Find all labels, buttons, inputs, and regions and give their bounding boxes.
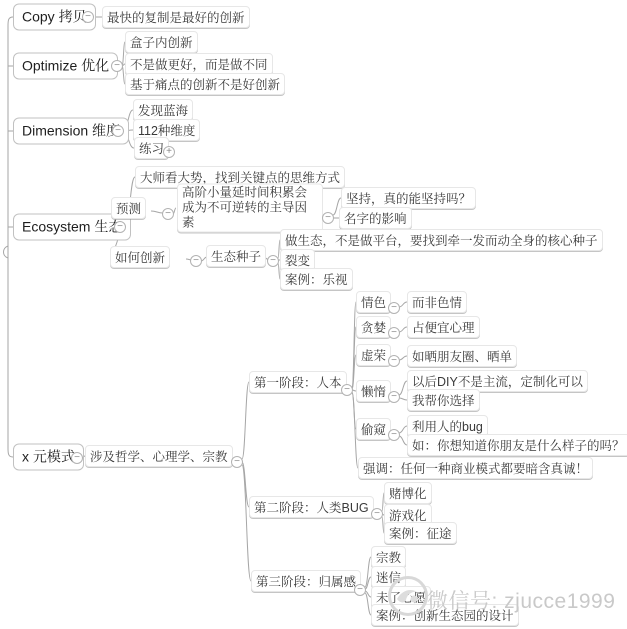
branch-connector: [399, 436, 407, 445]
topic-lust[interactable]: 情色: [356, 291, 391, 313]
topic-emphasize[interactable]: 强调：任何一种商业模式都要暗含真诚！: [358, 457, 593, 479]
collapse-toggle-icon[interactable]: −: [341, 384, 353, 396]
collapse-toggle-icon[interactable]: −: [82, 11, 94, 23]
collapse-toggle-icon[interactable]: −: [231, 456, 243, 468]
topic-lazy-child-2[interactable]: 我帮你选择: [407, 389, 480, 411]
topic-optimize-child-2[interactable]: 不是做更好，而是做不同: [125, 53, 273, 75]
branch-connector: [242, 382, 249, 459]
topic-greed[interactable]: 贪婪: [356, 316, 391, 338]
branch-connector: [399, 327, 407, 332]
expand-toggle-icon[interactable]: +: [163, 146, 175, 158]
topic-dimension-child-1[interactable]: 发现蓝海: [133, 99, 193, 121]
branch-connector: [399, 426, 407, 433]
spine-connector: [4, 246, 9, 258]
topic-peep-child-2[interactable]: 如：你想知道你朋友是什么样子的吗？: [407, 434, 627, 456]
topic-optimize-child-1[interactable]: 盒子内创新: [125, 31, 198, 53]
collapse-toggle-icon[interactable]: −: [111, 60, 123, 72]
topic-seed-child-1[interactable]: 做生态，不是做平台，要找到牵一发而动全身的核心种子: [280, 229, 603, 251]
topic-optimize[interactable]: Optimize 优化: [13, 53, 118, 80]
branch-connector: [242, 465, 251, 581]
collapse-toggle-icon[interactable]: −: [322, 212, 334, 224]
branch-connector: [399, 398, 407, 400]
connector-layer: [0, 0, 627, 629]
topic-name-effect[interactable]: 名字的影响: [339, 207, 412, 229]
collapse-toggle-icon[interactable]: −: [71, 452, 83, 464]
collapse-toggle-icon[interactable]: −: [114, 221, 126, 233]
topic-optimize-child-3[interactable]: 基于痛点的创新不是好创新: [125, 73, 285, 95]
topic-forecast[interactable]: 预测: [111, 197, 146, 219]
topic-vanity-note[interactable]: 如晒朋友圈、晒单: [407, 345, 517, 367]
topic-greed-note[interactable]: 占便宜心理: [407, 316, 480, 338]
topic-seed-child-3[interactable]: 案例：乐视: [280, 268, 353, 290]
topic-stage3-child-1[interactable]: 宗教: [371, 546, 406, 568]
collapse-toggle-icon[interactable]: −: [190, 255, 202, 267]
topic-stage3-child-4[interactable]: 案例：创新生态园的设计: [371, 604, 519, 626]
collapse-toggle-icon[interactable]: −: [388, 355, 400, 367]
topic-how-innovate[interactable]: 如何创新: [110, 246, 170, 268]
topic-copy-note[interactable]: 最快的复制是最好的创新: [102, 6, 250, 28]
collapse-toggle-icon[interactable]: −: [162, 208, 174, 220]
branch-connector: [399, 302, 407, 307]
topic-lazy[interactable]: 懒惰: [356, 380, 391, 402]
collapse-toggle-icon[interactable]: −: [112, 125, 124, 137]
collapse-toggle-icon[interactable]: −: [388, 302, 400, 314]
collapse-toggle-icon[interactable]: −: [354, 584, 366, 596]
collapse-toggle-icon[interactable]: −: [388, 429, 400, 441]
spine-connector: [8, 17, 13, 457]
topic-eco-seed[interactable]: 生态种子: [206, 245, 266, 267]
topic-persist-question[interactable]: 坚持，真的能坚持吗？: [341, 187, 476, 209]
topic-stage3[interactable]: 第三阶段：归属感: [251, 570, 361, 592]
topic-peep[interactable]: 偷窥: [356, 418, 391, 440]
branch-connector: [399, 356, 407, 360]
collapse-toggle-icon[interactable]: −: [267, 255, 279, 267]
collapse-toggle-icon[interactable]: −: [388, 327, 400, 339]
topic-vanity[interactable]: 虚荣: [356, 344, 391, 366]
branch-connector: [399, 381, 407, 395]
topic-stage2-child-3[interactable]: 案例：征途: [384, 522, 457, 544]
topic-forecast-detail[interactable]: 高阶小量延时间积累会成为不可逆转的主导因素: [177, 184, 323, 233]
collapse-toggle-icon[interactable]: −: [371, 508, 383, 520]
topic-involves[interactable]: 涉及哲学、心理学、宗教: [85, 445, 233, 467]
collapse-toggle-icon[interactable]: −: [388, 391, 400, 403]
mindmap-canvas: 微信号: zjucce1999 Copy 拷贝最快的复制是最好的创新Optimi…: [0, 0, 627, 629]
topic-stage2-child-1[interactable]: 赌博化: [384, 482, 432, 504]
topic-stage2[interactable]: 第二阶段：人类BUG: [249, 496, 374, 518]
topic-lust-note[interactable]: 而非色情: [407, 291, 467, 313]
topic-stage1[interactable]: 第一阶段：人本: [249, 371, 347, 393]
topic-stage3-child-2[interactable]: 迷信: [371, 566, 406, 588]
